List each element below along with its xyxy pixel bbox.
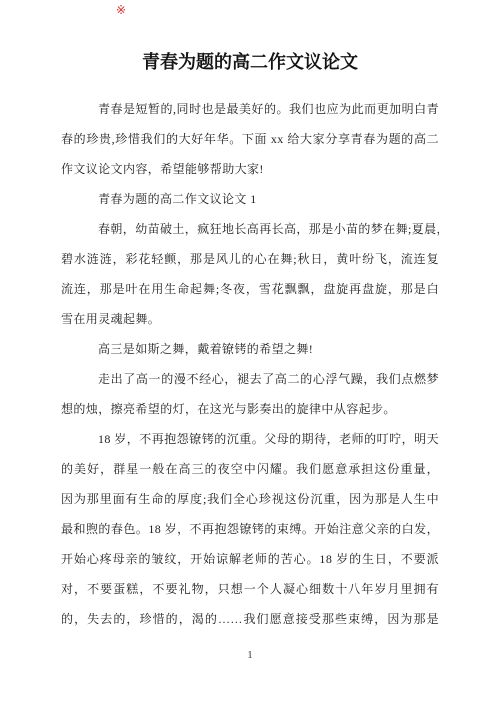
text-line: 开始心疼母亲的皱纹，开始谅解老师的苦心。18 岁的生日，不要派 <box>61 544 439 574</box>
text-line: 作文议论文内容，希望能够帮助大家! <box>61 154 439 184</box>
document-body: 青春是短暂的,同时也是最美好的。我们也应为此而更加明白青春的珍贵,珍惜我们的大好… <box>61 94 439 634</box>
paragraph: 18 岁，不再抱怨镣铐的沉重。父母的期待，老师的叮咛，明天的美好，群星一般在高三… <box>61 424 439 634</box>
text-line: 春的珍贵,珍惜我们的大好年华。下面 xx 给大家分享青春为题的高二 <box>61 124 439 154</box>
paragraph: 高三是如斯之舞，戴着镣铐的希望之舞! <box>61 334 439 364</box>
text-line: 雪在用灵魂起舞。 <box>61 304 439 334</box>
text-line: 最和煦的春色。18 岁，不再抱怨镣铐的束缚。开始注意父亲的白发， <box>61 514 439 544</box>
text-line: 因为那里面有生命的厚度;我们全心珍视这份沉重，因为那是人生中 <box>61 484 439 514</box>
text-line: 走出了高一的漫不经心，褪去了高二的心浮气躁，我们点燃梦 <box>61 364 439 394</box>
red-stamp-mark: ※ <box>116 3 126 17</box>
text-line: 18 岁，不再抱怨镣铐的沉重。父母的期待，老师的叮咛，明天 <box>61 424 439 454</box>
paragraph: 青春是短暂的,同时也是最美好的。我们也应为此而更加明白青春的珍贵,珍惜我们的大好… <box>61 94 439 184</box>
page-title: 青春为题的高二作文议论文 <box>61 48 439 78</box>
page-number: 1 <box>0 645 500 665</box>
text-line: 流连，那是叶在用生命起舞;冬夜，雪花飘飘，盘旋再盘旋，那是白 <box>61 274 439 304</box>
text-line: 青春为题的高二作文议论文 1 <box>61 184 439 214</box>
text-line: 的，失去的，珍惜的，渴的……我们愿意接受那些束缚，因为那是 <box>61 604 439 634</box>
paragraph: 春朝，幼苗破土，疯狂地长高再长高，那是小苗的梦在舞;夏晨，碧水涟涟，彩花轻颤，那… <box>61 214 439 334</box>
text-line: 的美好，群星一般在高三的夜空中闪耀。我们愿意承担这份重量， <box>61 454 439 484</box>
paragraph: 青春为题的高二作文议论文 1 <box>61 184 439 214</box>
paragraph: 走出了高一的漫不经心，褪去了高二的心浮气躁，我们点燃梦想的烛，擦亮希望的灯，在这… <box>61 364 439 424</box>
text-line: 青春是短暂的,同时也是最美好的。我们也应为此而更加明白青 <box>61 94 439 124</box>
text-line: 高三是如斯之舞，戴着镣铐的希望之舞! <box>61 334 439 364</box>
document-page: ※ 青春为题的高二作文议论文 青春是短暂的,同时也是最美好的。我们也应为此而更加… <box>0 0 500 707</box>
text-line: 对，不要蛋糕，不要礼物，只想一个人凝心细数十八年岁月里拥有 <box>61 574 439 604</box>
text-line: 碧水涟涟，彩花轻颤，那是风儿的心在舞;秋日，黄叶纷飞，流连复 <box>61 244 439 274</box>
text-line: 春朝，幼苗破土，疯狂地长高再长高，那是小苗的梦在舞;夏晨， <box>61 214 439 244</box>
text-line: 想的烛，擦亮希望的灯，在这光与影奏出的旋律中从容起步。 <box>61 394 439 424</box>
